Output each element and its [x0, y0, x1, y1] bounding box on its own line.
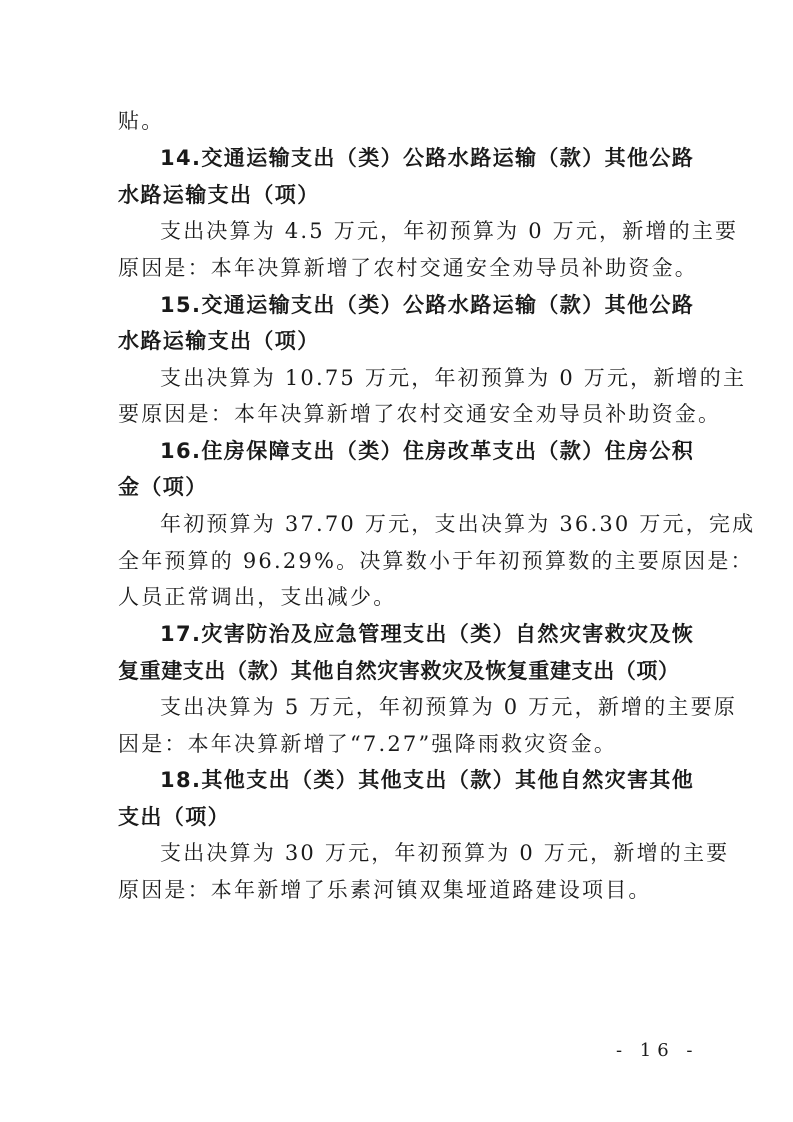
- paragraph-line: 支出决算为 10.75 万元，年初预算为 0 万元，新增的主: [160, 363, 678, 393]
- section-heading-14: 14.交通运输支出（类）公路水路运输（款）其他公路: [160, 143, 678, 173]
- section-heading-16-cont: 金（项）: [118, 472, 678, 502]
- paragraph-line: 年初预算为 37.70 万元，支出决算为 36.30 万元，完成: [160, 509, 678, 539]
- paragraph-line: 支出决算为 5 万元，年初预算为 0 万元，新增的主要原: [160, 692, 678, 722]
- paragraph-line: 原因是：本年新增了乐素河镇双集垭道路建设项目。: [118, 875, 678, 905]
- paragraph-line: 要原因是：本年决算新增了农村交通安全劝导员补助资金。: [118, 399, 678, 429]
- paragraph-line: 支出决算为 4.5 万元，年初预算为 0 万元，新增的主要: [160, 216, 678, 246]
- section-heading-18: 18.其他支出（类）其他支出（款）其他自然灾害其他: [160, 765, 678, 795]
- paragraph-line: 全年预算的 96.29%。决算数小于年初预算数的主要原因是：: [118, 546, 678, 576]
- section-heading-18-cont: 支出（项）: [118, 802, 678, 832]
- section-heading-17-cont: 复重建支出（款）其他自然灾害救灾及恢复重建支出（项）: [118, 656, 678, 686]
- paragraph-line: 人员正常调出，支出减少。: [118, 582, 678, 612]
- section-heading-17: 17.灾害防治及应急管理支出（类）自然灾害救灾及恢: [160, 619, 678, 649]
- paragraph-line: 支出决算为 30 万元，年初预算为 0 万元，新增的主要: [160, 838, 678, 868]
- section-heading-16: 16.住房保障支出（类）住房改革支出（款）住房公积: [160, 436, 678, 466]
- paragraph-line: 原因是：本年决算新增了农村交通安全劝导员补助资金。: [118, 253, 678, 283]
- page-number: - 16 -: [616, 1040, 699, 1061]
- section-heading-15-cont: 水路运输支出（项）: [118, 326, 678, 356]
- paragraph-line: 因是：本年决算新增了“7.27”强降雨救灾资金。: [118, 729, 678, 759]
- section-heading-15: 15.交通运输支出（类）公路水路运输（款）其他公路: [160, 290, 678, 320]
- text-line: 贴。: [118, 106, 678, 136]
- section-heading-14-cont: 水路运输支出（项）: [118, 180, 678, 210]
